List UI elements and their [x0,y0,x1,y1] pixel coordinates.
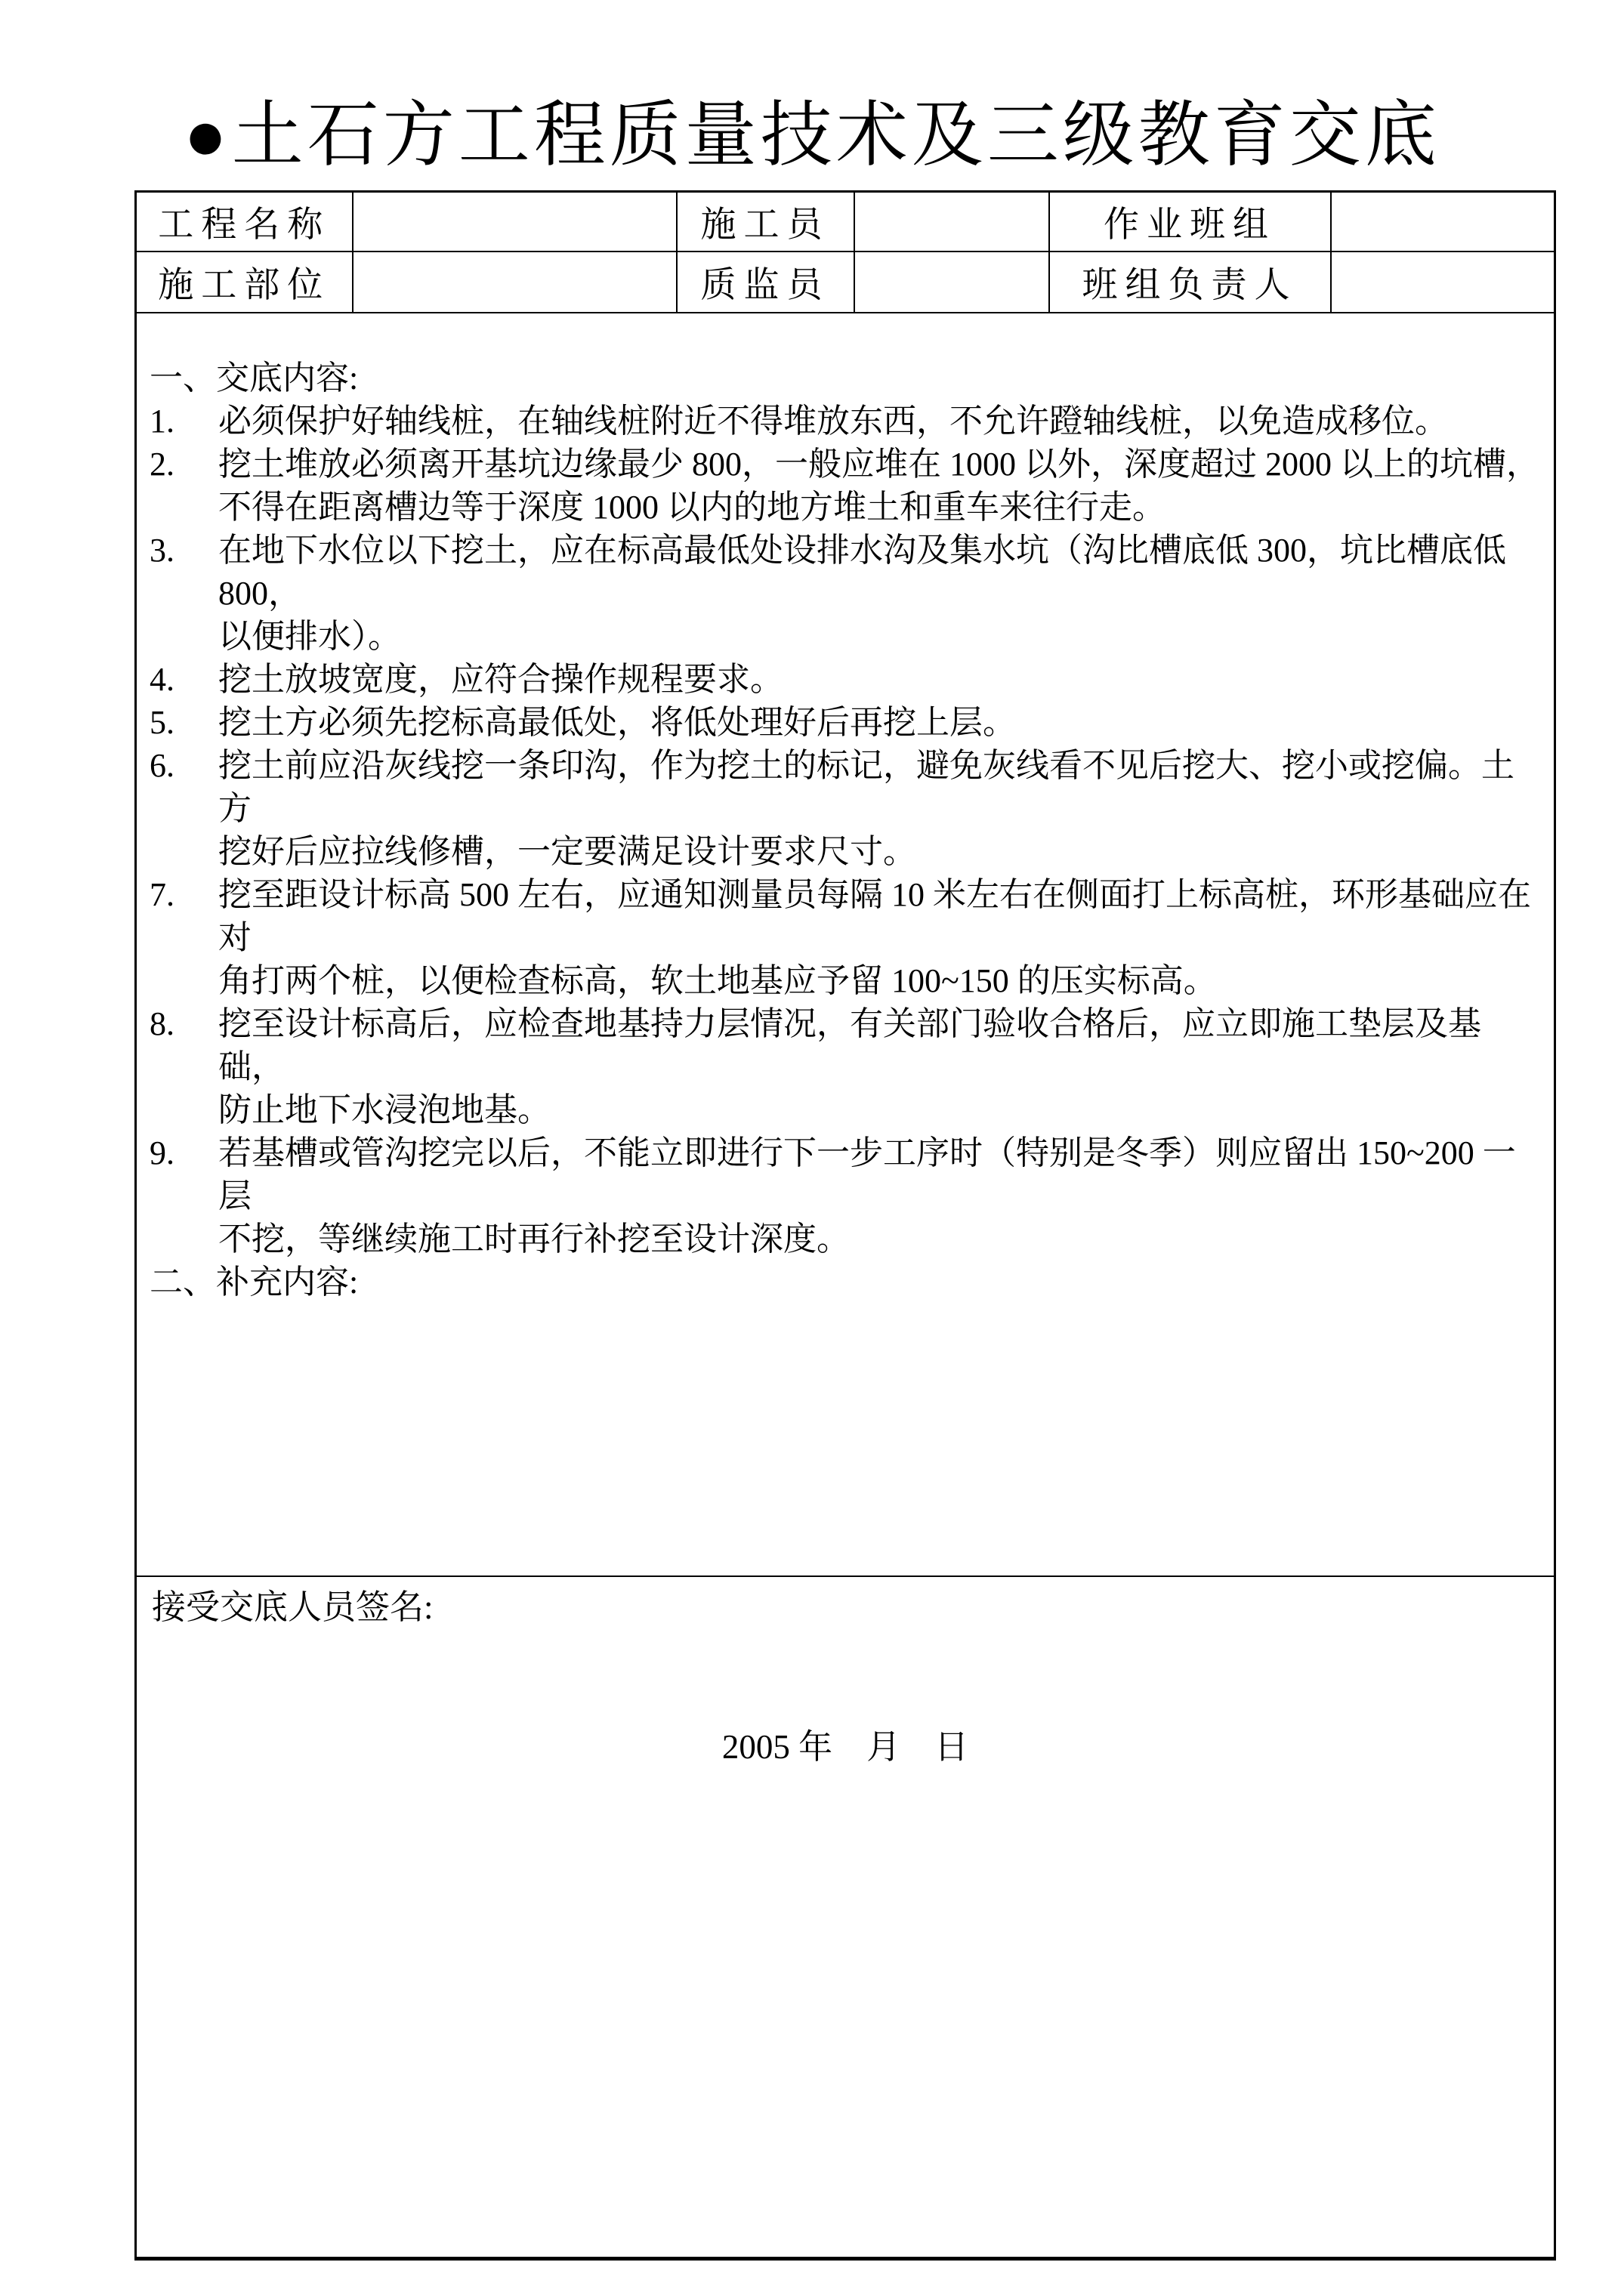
table-row-content: 一、交底内容: 1.必须保护好轴线桩，在轴线桩附近不得堆放东西，不允许蹬轴线桩，… [136,313,1555,1576]
item-text: 挖至距设计标高 500 左右，应通知测量员每隔 10 米左右在侧面打上标高桩，环… [218,873,1543,1002]
field-value-quality-inspector[interactable] [854,252,1049,313]
supplementary-content-area[interactable] [150,1304,1543,1575]
item-text: 若基槽或管沟挖完以后，不能立即进行下一步工序时（特别是冬季）则应留出 150~2… [218,1131,1543,1261]
signature-label: 接受交底人员签名: [152,1586,1539,1629]
field-label-team-leader: 班组负责人 [1049,252,1331,313]
field-label-quality-inspector: 质监员 [677,252,854,313]
list-item-8: 8.挖至设计标高后，应检查地基持力层情况，有关部门验收合格后，应立即施工垫层及基… [150,1002,1543,1131]
item-number: 1. [150,400,218,443]
item-text: 在地下水位以下挖土，应在标高最低处设排水沟及集水坑（沟比槽底低 300，坑比槽底… [218,529,1543,658]
form-table: 工程名称 施工员 作业班组 施工部位 质监员 班组负责人 一、交底内容: 1.必… [134,190,1556,2261]
disclosure-content-cell: 一、交底内容: 1.必须保护好轴线桩，在轴线桩附近不得堆放东西，不允许蹬轴线桩，… [136,313,1555,1576]
field-value-project-name[interactable] [353,192,677,252]
date-line: 2005 年 月 日 [152,1726,1539,1769]
field-value-construction-part[interactable] [353,252,677,313]
title-bullet-icon: ● [184,95,227,175]
field-label-constructor: 施工员 [677,192,854,252]
item-number: 6. [150,744,218,787]
field-value-team-leader[interactable] [1331,252,1555,313]
field-label-work-team: 作业班组 [1049,192,1331,252]
item-number: 5. [150,701,218,744]
item-number: 9. [150,1131,218,1174]
item-text: 挖土前应沿灰线挖一条印沟，作为挖土的标记，避免灰线看不见后挖大、挖小或挖偏。土方… [218,744,1543,873]
title-text: 土石方工程质量技术及三级教育交底 [232,95,1440,175]
list-item-9: 9.若基槽或管沟挖完以后，不能立即进行下一步工序时（特别是冬季）则应留出 150… [150,1131,1543,1261]
item-text: 挖土堆放必须离开基坑边缘最少 800，一般应堆在 1000 以外，深度超过 20… [218,443,1543,529]
item-number: 8. [150,1002,218,1045]
list-item-2: 2.挖土堆放必须离开基坑边缘最少 800，一般应堆在 1000 以外，深度超过 … [150,443,1543,529]
field-value-constructor[interactable] [854,192,1049,252]
section-heading-disclosure: 一、交底内容: [150,356,1543,400]
item-text: 必须保护好轴线桩，在轴线桩附近不得堆放东西，不允许蹬轴线桩，以免造成移位。 [218,400,1543,443]
list-item-4: 4.挖土放坡宽度，应符合操作规程要求。 [150,658,1543,701]
list-item-5: 5.挖土方必须先挖标高最低处，将低处理好后再挖上层。 [150,701,1543,744]
document-title: ●土石方工程质量技术及三级教育交底 [0,94,1624,177]
field-value-work-team[interactable] [1331,192,1555,252]
table-row-2: 施工部位 质监员 班组负责人 [136,252,1555,313]
list-item-1: 1.必须保护好轴线桩，在轴线桩附近不得堆放东西，不允许蹬轴线桩，以免造成移位。 [150,400,1543,443]
field-label-project-name: 工程名称 [136,192,353,252]
item-number: 3. [150,529,218,572]
list-item-3: 3.在地下水位以下挖土，应在标高最低处设排水沟及集水坑（沟比槽底低 300，坑比… [150,529,1543,658]
item-text: 挖土放坡宽度，应符合操作规程要求。 [218,658,1543,701]
item-text: 挖至设计标高后，应检查地基持力层情况，有关部门验收合格后，应立即施工垫层及基础，… [218,1002,1543,1131]
signature-cell: 接受交底人员签名: 2005 年 月 日 [136,1576,1555,2259]
document-page: { "page": { "background_color": "#ffffff… [0,0,1624,2293]
list-item-6: 6.挖土前应沿灰线挖一条印沟，作为挖土的标记，避免灰线看不见后挖大、挖小或挖偏。… [150,744,1543,873]
table-row-1: 工程名称 施工员 作业班组 [136,192,1555,252]
field-label-construction-part: 施工部位 [136,252,353,313]
item-number: 7. [150,873,218,916]
item-text: 挖土方必须先挖标高最低处，将低处理好后再挖上层。 [218,701,1543,744]
item-number: 4. [150,658,218,701]
list-item-7: 7.挖至距设计标高 500 左右，应通知测量员每隔 10 米左右在侧面打上标高桩… [150,873,1543,1002]
item-number: 2. [150,443,218,486]
table-row-signature: 接受交底人员签名: 2005 年 月 日 [136,1576,1555,2259]
signature-area[interactable] [152,1769,1539,2162]
section-heading-supplement: 二、补充内容: [150,1261,1543,1304]
